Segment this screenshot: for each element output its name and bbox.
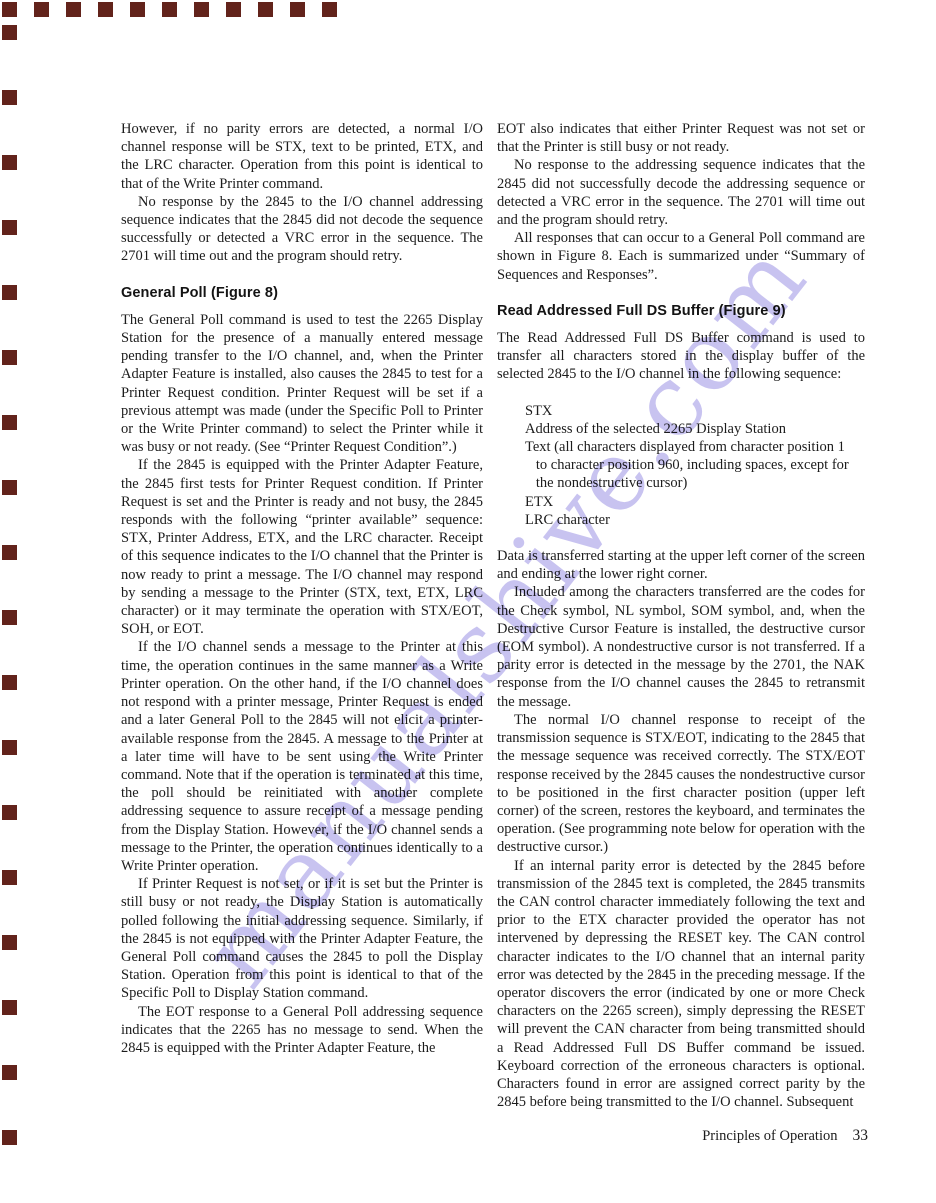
paragraph: If Printer Request is not set, or if it … — [121, 875, 483, 1002]
scan-registration-mark — [194, 2, 209, 17]
scan-registration-mark — [98, 2, 113, 17]
paragraph: No response to the addressing sequence i… — [497, 156, 865, 229]
scan-registration-mark — [162, 2, 177, 17]
scan-registration-mark — [258, 2, 273, 17]
scan-registration-mark — [2, 935, 17, 950]
scan-registration-mark — [2, 2, 17, 17]
section-heading-read-addressed-full-ds-buffer: Read Addressed Full DS Buffer (Figure 9) — [497, 302, 865, 320]
scan-registration-mark — [2, 285, 17, 300]
scan-registration-mark — [226, 2, 241, 17]
paragraph: The General Poll command is used to test… — [121, 311, 483, 457]
scan-registration-mark — [2, 415, 17, 430]
footer-section-label: Principles of Operation — [702, 1128, 837, 1145]
scan-registration-mark — [290, 2, 305, 17]
scan-registration-mark — [2, 25, 17, 40]
scan-registration-mark — [2, 675, 17, 690]
scanned-manual-page: manualshive.com However, if no parity er… — [0, 0, 936, 1203]
scan-registration-mark — [2, 220, 17, 235]
left-column: However, if no parity errors are detecte… — [121, 120, 483, 1057]
scan-registration-mark — [2, 740, 17, 755]
scan-registration-mark — [130, 2, 145, 17]
scan-registration-mark — [34, 2, 49, 17]
paragraph: However, if no parity errors are detecte… — [121, 120, 483, 193]
paragraph: The normal I/O channel response to recei… — [497, 711, 865, 857]
transmission-sequence-list: STX Address of the selected 2265 Display… — [497, 402, 865, 529]
page-footer: Principles of Operation 33 — [702, 1127, 868, 1145]
paragraph: Data is transferred starting at the uppe… — [497, 547, 865, 583]
scan-registration-mark — [322, 2, 337, 17]
paragraph: If the 2845 is equipped with the Printer… — [121, 456, 483, 638]
paragraph: All responses that can occur to a Genera… — [497, 229, 865, 284]
scan-registration-mark — [66, 2, 81, 17]
right-column: EOT also indicates that either Printer R… — [497, 120, 865, 1111]
paragraph: Included among the characters transferre… — [497, 583, 865, 710]
scan-registration-mark — [2, 1065, 17, 1080]
scan-registration-mark — [2, 545, 17, 560]
paragraph: The EOT response to a General Poll addre… — [121, 1003, 483, 1058]
scan-registration-mark — [2, 1130, 17, 1145]
section-heading-general-poll: General Poll (Figure 8) — [121, 284, 483, 302]
scan-registration-mark — [2, 610, 17, 625]
paragraph: The Read Addressed Full DS Buffer comman… — [497, 329, 865, 384]
paragraph: No response by the 2845 to the I/O chann… — [121, 193, 483, 266]
scan-registration-mark — [2, 350, 17, 365]
scan-registration-mark — [2, 480, 17, 495]
scan-registration-mark — [2, 155, 17, 170]
scan-registration-mark — [2, 870, 17, 885]
scan-registration-mark — [2, 90, 17, 105]
paragraph: If an internal parity error is detected … — [497, 857, 865, 1112]
paragraph: If the I/O channel sends a message to th… — [121, 638, 483, 875]
scan-registration-mark — [2, 1000, 17, 1015]
scan-registration-mark — [2, 805, 17, 820]
page-number: 33 — [853, 1127, 869, 1145]
paragraph: EOT also indicates that either Printer R… — [497, 120, 865, 156]
